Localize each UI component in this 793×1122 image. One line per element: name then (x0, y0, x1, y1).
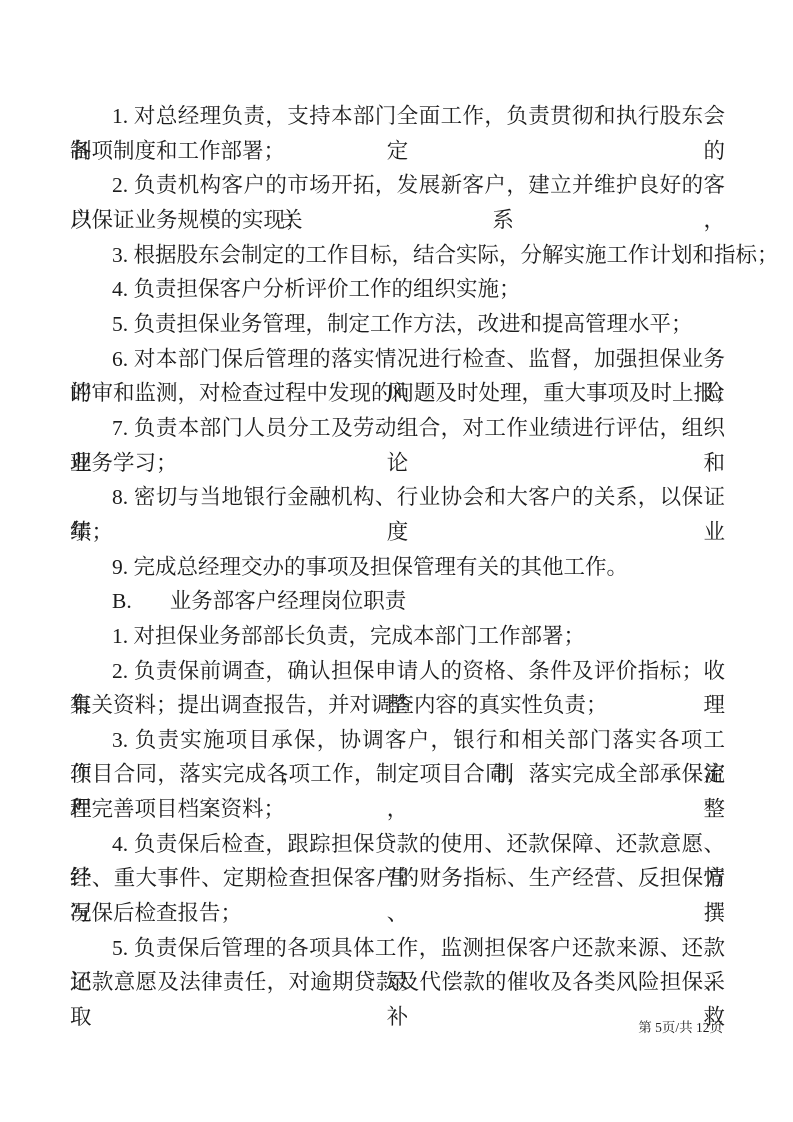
paragraph: 3. 根据股东会制定的工作目标，结合实际，分解实施工作计划和指标； (70, 238, 725, 273)
text-line: 7. 负责本部门人员分工及劳动组合，对工作业绩进行评估，组织理论和 (70, 411, 725, 446)
text-line: 9. 完成总经理交办的事项及担保管理有关的其他工作。 (70, 550, 725, 585)
heading-text: 业务部客户经理岗位职责 (170, 589, 407, 613)
text-line: 项目合同，落实完成各项工作，制定项目合同，落实完成全部承保流程，整 (70, 757, 725, 792)
paragraph: 3. 负责实施项目承保，协调客户，银行和相关部门落实各项工作，制定项目合同，落实… (70, 723, 725, 827)
paragraph: 5. 负责保后管理的各项具体工作，监测担保客户还款来源、还款记录、还款意愿及法律… (70, 931, 725, 1000)
text-line: 2. 负责保前调查，确认担保申请人的资格、条件及评价指标；收集整理 (70, 654, 725, 689)
text-line: 评审和监测，对检查过程中发现的问题及时处理，重大事项及时上报； (70, 376, 725, 411)
text-line: 3. 根据股东会制定的工作目标，结合实际，分解实施工作计划和指标； (70, 238, 725, 273)
text-line: 3. 负责实施项目承保，协调客户，银行和相关部门落实各项工作，制定 (70, 723, 725, 758)
document-page: 1. 对总经理负责，支持本部门全面工作，负责贯彻和执行股东会制定的各项制度和工作… (0, 0, 793, 1122)
paragraph: 7. 负责本部门人员分工及劳动组合，对工作业绩进行评估，组织理论和业务学习； (70, 411, 725, 480)
paragraph: 4. 负责担保客户分析评价工作的组织实施； (70, 272, 725, 307)
paragraph: 4. 负责保后检查，跟踪担保贷款的使用、还款保障、还款意愿、经营方针、重大事件、… (70, 827, 725, 931)
text-line: 还款意愿及法律责任，对逾期贷款及代偿款的催收及各类风险担保采取补救 (70, 965, 725, 1000)
paragraph: 2. 负责保前调查，确认担保申请人的资格、条件及评价指标；收集整理有关资料；提出… (70, 654, 725, 723)
paragraph: 5. 负责担保业务管理，制定工作方法，改进和提高管理水平； (70, 307, 725, 342)
text-line: 1. 对总经理负责，支持本部门全面工作，负责贯彻和执行股东会制定的 (70, 99, 725, 134)
text-line: 2. 负责机构客户的市场开拓，发展新客户，建立并维护良好的客户关系， (70, 168, 725, 203)
text-line: 针、重大事件、定期检查担保客户的财务指标、生产经营、反担保情况、撰 (70, 861, 725, 896)
text-line: 4. 负责担保客户分析评价工作的组织实施； (70, 272, 725, 307)
text-line: 1. 对担保业务部部长负责，完成本部门工作部署； (70, 619, 725, 654)
text-line: 5. 负责担保业务管理，制定工作方法，改进和提高管理水平； (70, 307, 725, 342)
paragraph: 8. 密切与当地银行金融机构、行业协会和大客户的关系，以保证年度业绩； (70, 480, 725, 549)
paragraph: 1. 对总经理负责，支持本部门全面工作，负责贯彻和执行股东会制定的各项制度和工作… (70, 99, 725, 168)
paragraph: 9. 完成总经理交办的事项及担保管理有关的其他工作。 (70, 550, 725, 585)
text-line: 4. 负责保后检查，跟踪担保贷款的使用、还款保障、还款意愿、经营方 (70, 827, 725, 862)
paragraph: 1. 对担保业务部部长负责，完成本部门工作部署； (70, 619, 725, 654)
section-heading: B.业务部客户经理岗位职责 (70, 584, 725, 619)
text-line: 6. 对本部门保后管理的落实情况进行检查、监督，加强担保业务的风险 (70, 342, 725, 377)
document-body: 1. 对总经理负责，支持本部门全面工作，负责贯彻和执行股东会制定的各项制度和工作… (70, 99, 725, 1000)
text-line: 5. 负责保后管理的各项具体工作，监测担保客户还款来源、还款记录、 (70, 931, 725, 966)
text-line: 8. 密切与当地银行金融机构、行业协会和大客户的关系，以保证年度业 (70, 480, 725, 515)
text-line: B.业务部客户经理岗位职责 (70, 584, 725, 619)
heading-prefix: B. (112, 584, 132, 619)
page-number-footer: 第 5页/共 12页 (638, 1018, 723, 1038)
paragraph: 6. 对本部门保后管理的落实情况进行检查、监督，加强担保业务的风险评审和监测，对… (70, 342, 725, 411)
paragraph: 2. 负责机构客户的市场开拓，发展新客户，建立并维护良好的客户关系，以保证业务规… (70, 168, 725, 237)
